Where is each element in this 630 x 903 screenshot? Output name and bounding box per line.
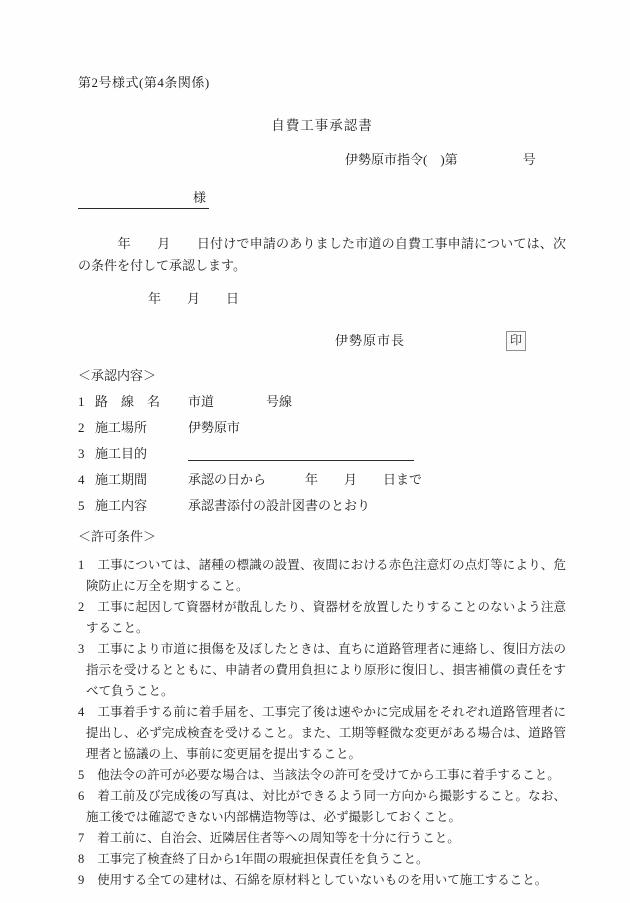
condition-number: 2 bbox=[78, 600, 84, 614]
condition-item: 6着工前及び完成後の写真は、対比ができるよう同一方向から撮影すること。なお、施工… bbox=[78, 786, 566, 828]
seal-box: 印 bbox=[506, 331, 526, 351]
condition-item: 5他法令の許可が必要な場合は、当該法令の許可を受けてから工事に着手すること。 bbox=[78, 765, 566, 786]
condition-number: 4 bbox=[78, 705, 84, 719]
condition-number: 6 bbox=[78, 789, 84, 803]
condition-number: 1 bbox=[78, 558, 84, 572]
form-number: 第2号様式(第4条関係) bbox=[78, 75, 566, 90]
condition-item: 9使用する全ての建材は、石綿を原材料としていないものを用いて施工すること。 bbox=[78, 870, 566, 891]
signer-row: 伊勢原市長 印 bbox=[78, 330, 566, 351]
condition-number: 7 bbox=[78, 831, 84, 845]
condition-text: 着工前に、自治会、近隣居住者等への周知等を十分に行うこと。 bbox=[97, 831, 460, 845]
condition-text: 工事については、諸種の標識の設置、夜間における赤色注意灯の点灯等により、危険防止… bbox=[86, 558, 566, 593]
condition-text: 使用する全ての建材は、石綿を原材料としていないものを用いて施工すること。 bbox=[97, 873, 547, 887]
directive-number-line: 伊勢原市指令( )第 号 bbox=[78, 152, 566, 167]
condition-text: 他法令の許可が必要な場合は、当該法令の許可を受けてから工事に着手すること。 bbox=[97, 768, 560, 782]
item-label: 施工期間 bbox=[95, 467, 188, 493]
approval-item-row: 4施工期間承認の日から 年 月 日まで bbox=[78, 467, 566, 493]
approval-item-row: 3施工目的 bbox=[78, 441, 566, 467]
item-label: 路 線 名 bbox=[95, 389, 188, 415]
item-value: 承認書添付の設計図書のとおり bbox=[188, 493, 566, 519]
approval-item-row: 1路 線 名市道 号線 bbox=[78, 389, 566, 415]
condition-number: 3 bbox=[78, 642, 84, 656]
addressee-underline: 様 bbox=[78, 190, 209, 209]
item-number: 1 bbox=[78, 389, 95, 415]
item-label: 施工場所 bbox=[95, 415, 188, 441]
condition-text: 工事により市道に損傷を及ぼしたときは、直ちに道路管理者に連絡し、復旧方法の指示を… bbox=[86, 642, 566, 698]
item-value: 市道 号線 bbox=[188, 389, 566, 415]
condition-item: 3工事により市道に損傷を及ぼしたときは、直ちに道路管理者に連絡し、復旧方法の指示… bbox=[78, 639, 566, 702]
item-number: 4 bbox=[78, 467, 95, 493]
condition-item: 1工事については、諸種の標識の設置、夜間における赤色注意灯の点灯等により、危険防… bbox=[78, 555, 566, 597]
conditions-list: 1工事については、諸種の標識の設置、夜間における赤色注意灯の点灯等により、危険防… bbox=[78, 555, 566, 891]
item-number: 3 bbox=[78, 441, 95, 467]
addressee-row: 様 bbox=[78, 190, 566, 209]
item-number: 5 bbox=[78, 493, 95, 519]
condition-text: 工事完了検査終了日から1年間の瑕疵担保責任を負うこと。 bbox=[97, 852, 428, 866]
condition-item: 2工事に起因して資器材が散乱したり、資器材を放置したりすることのないよう注意する… bbox=[78, 597, 566, 639]
approval-list: 1路 線 名市道 号線2施工場所伊勢原市3施工目的4施工期間承認の日から 年 月… bbox=[78, 389, 566, 519]
approval-item-row: 5施工内容承認書添付の設計図書のとおり bbox=[78, 493, 566, 519]
permit-conditions-heading: ＜許可条件＞ bbox=[78, 528, 566, 545]
condition-item: 8工事完了検査終了日から1年間の瑕疵担保責任を負うこと。 bbox=[78, 849, 566, 870]
seal-character: 印 bbox=[510, 330, 522, 351]
condition-text: 工事に起因して資器材が散乱したり、資器材を放置したりすることのないよう注意するこ… bbox=[86, 600, 566, 635]
addressee-honorific: 様 bbox=[193, 190, 207, 205]
item-label: 施工内容 bbox=[95, 493, 188, 519]
item-value: 承認の日から 年 月 日まで bbox=[188, 467, 566, 493]
approval-item-row: 2施工場所伊勢原市 bbox=[78, 415, 566, 441]
item-label: 施工目的 bbox=[95, 441, 188, 467]
item-number: 2 bbox=[78, 415, 95, 441]
condition-item: 7着工前に、自治会、近隣居住者等への周知等を十分に行うこと。 bbox=[78, 828, 566, 849]
item-blank-underline bbox=[188, 444, 414, 461]
condition-number: 5 bbox=[78, 768, 84, 782]
condition-text: 着工前及び完成後の写真は、対比ができるよう同一方向から撮影すること。なお、施工後… bbox=[86, 789, 566, 824]
mayor-title: 伊勢原市長 bbox=[335, 330, 405, 351]
condition-text: 工事着手する前に着手届を、工事完了後は速やかに完成届をそれぞれ道路管理者に提出し… bbox=[86, 705, 566, 761]
approval-statement: 年 月 日付けで申請のありました市道の自費工事申請については、次の条件を付して承… bbox=[78, 233, 566, 277]
item-value: 伊勢原市 bbox=[188, 415, 566, 441]
approval-content-heading: ＜承認内容＞ bbox=[78, 367, 566, 384]
document-title: 自費工事承認書 bbox=[78, 118, 566, 133]
condition-item: 4工事着手する前に着手届を、工事完了後は速やかに完成届をそれぞれ道路管理者に提出… bbox=[78, 702, 566, 765]
condition-number: 9 bbox=[78, 873, 84, 887]
document-page: 第2号様式(第4条関係) 自費工事承認書 伊勢原市指令( )第 号 様 年 月 … bbox=[0, 0, 630, 903]
date-placeholder-line: 年 月 日 bbox=[78, 288, 566, 310]
condition-number: 8 bbox=[78, 852, 84, 866]
